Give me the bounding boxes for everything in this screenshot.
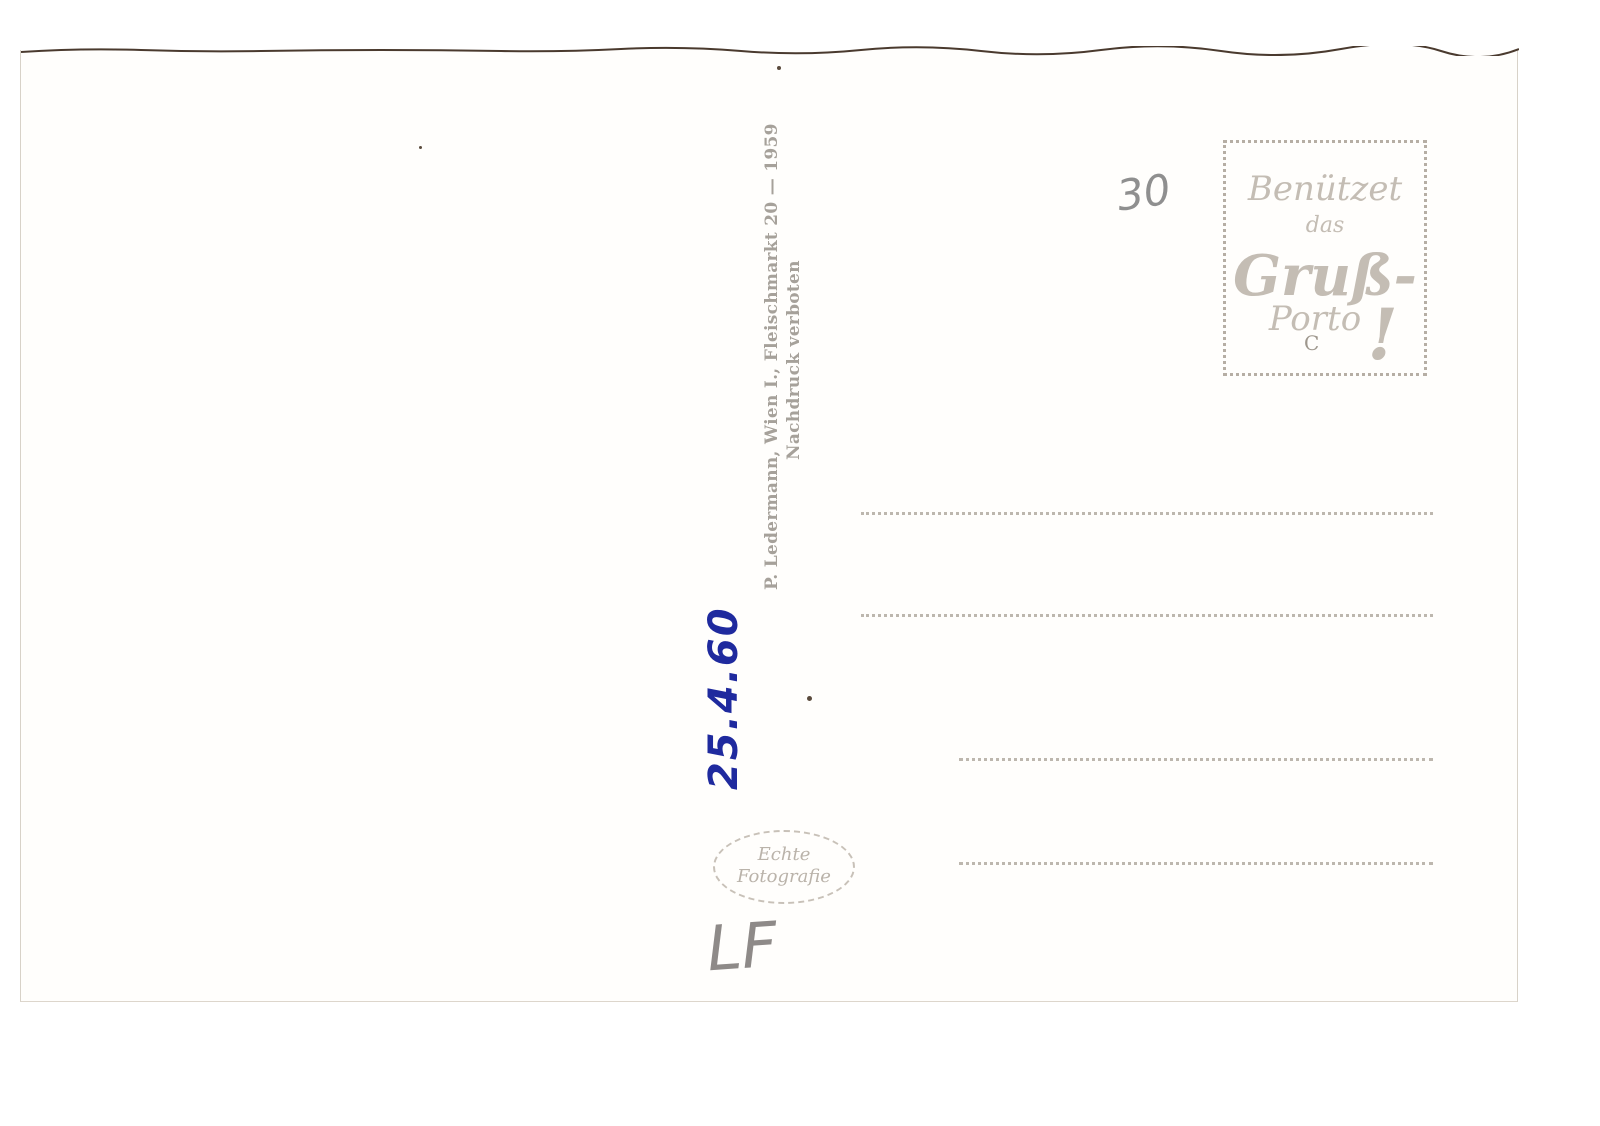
- speck: [777, 66, 781, 70]
- address-line-4: [959, 862, 1433, 865]
- stamp-box: Benützet das Gruß- Porto ! C: [1223, 140, 1427, 376]
- stamp-mark: C: [1304, 331, 1319, 355]
- address-line-3: [959, 758, 1433, 761]
- speck: [807, 696, 812, 701]
- imprint-line-1: P. Ledermann, Wien I., Fleischmarkt 20 —…: [761, 30, 783, 590]
- stamp-text-2: das: [1226, 213, 1424, 238]
- postcard-back: P. Ledermann, Wien I., Fleischmarkt 20 —…: [20, 50, 1518, 1002]
- address-line-1: [861, 512, 1433, 515]
- address-line-2: [861, 614, 1433, 617]
- stamp-exclamation: !: [1367, 293, 1398, 376]
- echte-text-1: Echte: [715, 844, 853, 866]
- echte-text-2: Fotografie: [715, 866, 853, 888]
- stamp-text-1: Benützet: [1226, 169, 1424, 209]
- speck: [419, 146, 422, 149]
- handwritten-initials: LF: [705, 908, 780, 986]
- echte-fotografie-stamp: Echte Fotografie: [713, 830, 855, 904]
- publisher-imprint: P. Ledermann, Wien I., Fleischmarkt 20 —…: [761, 30, 831, 590]
- handwritten-date: 25.4.60: [701, 610, 761, 790]
- imprint-line-2: Nachdruck verboten: [783, 30, 805, 590]
- handwritten-price: 30: [1114, 165, 1174, 221]
